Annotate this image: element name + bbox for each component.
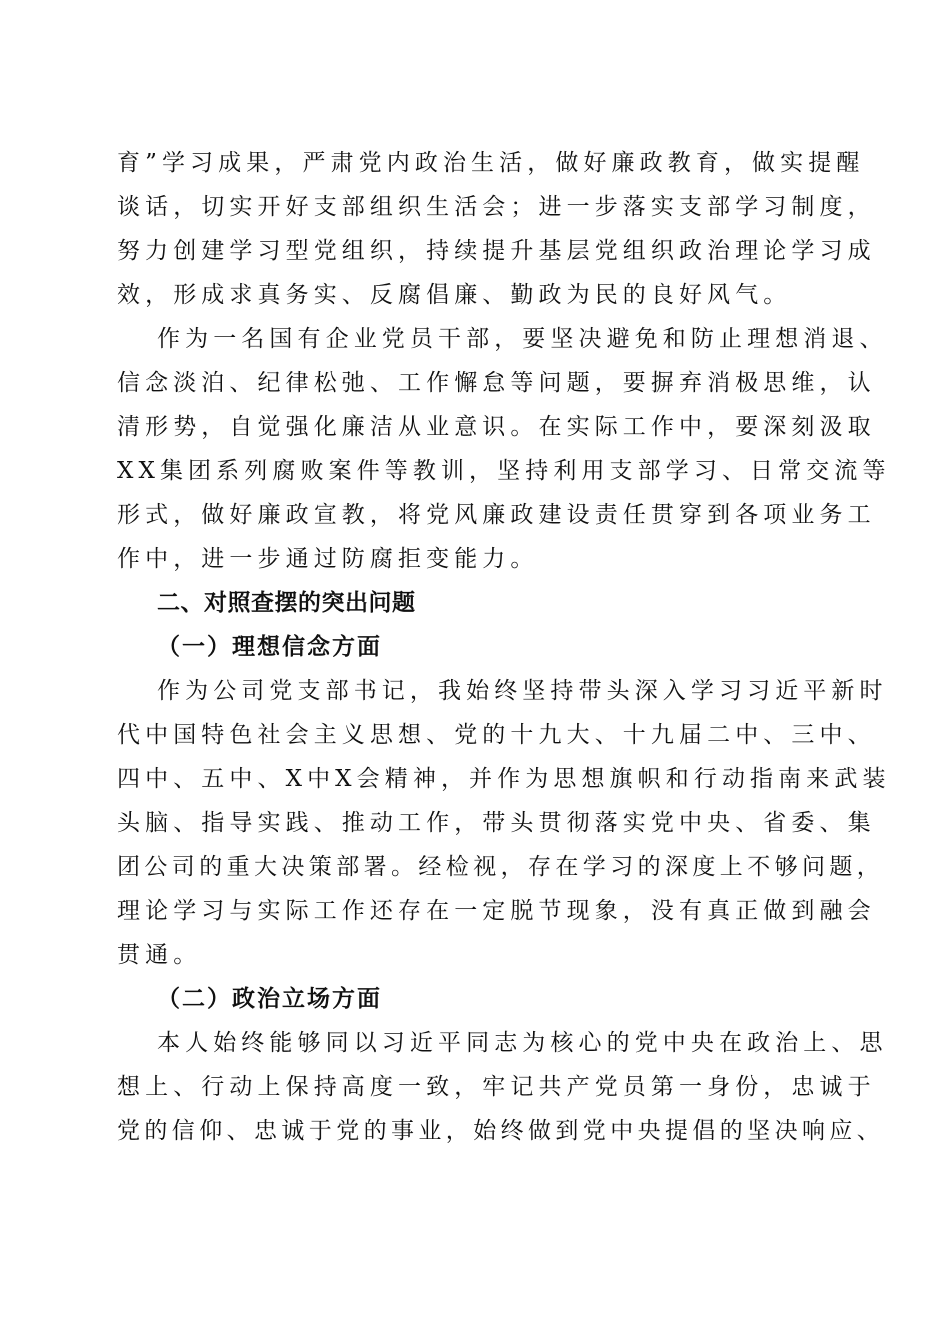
text-line: 信念淡泊、纪律松弛、工作懈怠等问题，要摒弃消极思维，认 bbox=[117, 361, 839, 405]
text-line: 党的信仰、忠诚于党的事业，始终做到党中央提倡的坚决响应、 bbox=[117, 1109, 839, 1153]
text-line: 理论学习与实际工作还存在一定脱节现象，没有真正做到融会 bbox=[117, 889, 839, 933]
text-line: 效，形成求真务实、反腐倡廉、勤政为民的良好风气。 bbox=[117, 273, 839, 317]
text-line: 清形势，自觉强化廉洁从业意识。在实际工作中，要深刻汲取 bbox=[117, 405, 839, 449]
paragraph-party-cadre: 作为一名国有企业党员干部，要坚决避免和防止理想消退、 信念淡泊、纪律松弛、工作懈… bbox=[117, 317, 839, 581]
text-line: 贯通。 bbox=[117, 933, 839, 977]
text-line: XX集团系列腐败案件等教训，坚持利用支部学习、日常交流等 bbox=[117, 449, 839, 493]
text-line: 代中国特色社会主义思想、党的十九大、十九届二中、三中、 bbox=[117, 713, 839, 757]
text-line: 团公司的重大决策部署。经检视，存在学习的深度上不够问题， bbox=[117, 845, 839, 889]
text-line: 作为公司党支部书记，我始终坚持带头深入学习习近平新时 bbox=[117, 669, 839, 713]
document-page: 育”学习成果，严肃党内政治生活，做好廉政教育，做实提醒 谈话，切实开好支部组织生… bbox=[117, 141, 839, 1153]
text-line: 努力创建学习型党组织，持续提升基层党组织政治理论学习成 bbox=[117, 229, 839, 273]
text-line: 想上、行动上保持高度一致，牢记共产党员第一身份，忠诚于 bbox=[117, 1065, 839, 1109]
section-heading: 二、对照查摆的突出问题 bbox=[117, 581, 839, 625]
text-line: 形式，做好廉政宣教，将党风廉政建设责任贯穿到各项业务工 bbox=[117, 493, 839, 537]
text-line: 育”学习成果，严肃党内政治生活，做好廉政教育，做实提醒 bbox=[117, 141, 839, 185]
subsection-heading-ideals: （一）理想信念方面 bbox=[117, 625, 839, 669]
text-line: 作为一名国有企业党员干部，要坚决避免和防止理想消退、 bbox=[117, 317, 839, 361]
text-line: 四中、五中、X中X会精神，并作为思想旗帜和行动指南来武装 bbox=[117, 757, 839, 801]
paragraph-continuation: 育”学习成果，严肃党内政治生活，做好廉政教育，做实提醒 谈话，切实开好支部组织生… bbox=[117, 141, 839, 317]
text-line: 本人始终能够同以习近平同志为核心的党中央在政治上、思 bbox=[117, 1021, 839, 1065]
subsection-heading-political-stance: （二）政治立场方面 bbox=[117, 977, 839, 1021]
paragraph-political-stance: 本人始终能够同以习近平同志为核心的党中央在政治上、思 想上、行动上保持高度一致，… bbox=[117, 1021, 839, 1153]
text-line: 作中，进一步通过防腐拒变能力。 bbox=[117, 537, 839, 581]
paragraph-ideals: 作为公司党支部书记，我始终坚持带头深入学习习近平新时 代中国特色社会主义思想、党… bbox=[117, 669, 839, 977]
text-line: 头脑、指导实践、推动工作，带头贯彻落实党中央、省委、集 bbox=[117, 801, 839, 845]
text-line: 谈话，切实开好支部组织生活会；进一步落实支部学习制度， bbox=[117, 185, 839, 229]
